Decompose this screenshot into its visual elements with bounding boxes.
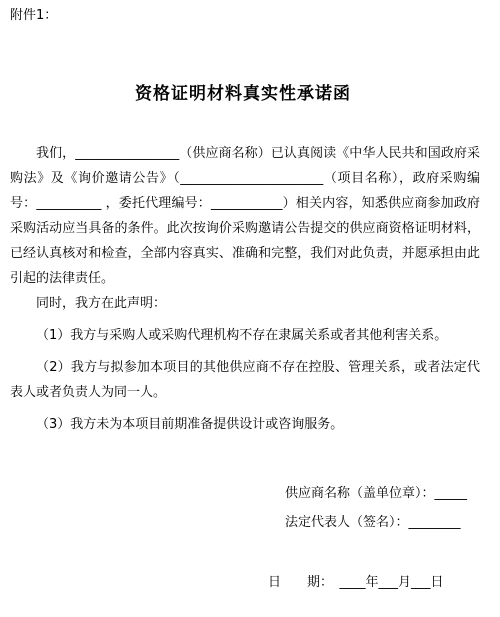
signature-block: 供应商名称（盖单位章）：_____ 法定代表人（签名）：________	[285, 479, 467, 537]
declaration-lead: 同时，我方在此声明：	[10, 291, 480, 316]
legal-representative-line: 法定代表人（签名）：________	[285, 508, 467, 537]
document-page: 附件1： 资格证明材料真实性承诺函 我们，________________（供应…	[0, 0, 500, 617]
intro-paragraph: 我们，________________（供应商名称）已认真阅读《中华人民共和国政…	[10, 141, 480, 291]
declaration-item-1: （1）我方与采购人或采购代理机构不存在隶属关系或者其他利害关系。	[10, 323, 480, 348]
document-title: 资格证明材料真实性承诺函	[0, 82, 486, 106]
declaration-item-2: （2）我方与拟参加本项目的其他供应商不存在控股、管理关系，或者法定代表人或者负责…	[10, 355, 480, 405]
attachment-label: 附件1：	[10, 8, 57, 24]
supplier-name-line: 供应商名称（盖单位章）：_____	[285, 479, 467, 508]
declaration-item-3: （3）我方未为本项目前期准备提供设计或咨询服务。	[10, 412, 480, 437]
date-line: 日 期： ____年___月___日	[268, 573, 444, 593]
document-body: 我们，________________（供应商名称）已认真阅读《中华人民共和国政…	[10, 141, 480, 437]
